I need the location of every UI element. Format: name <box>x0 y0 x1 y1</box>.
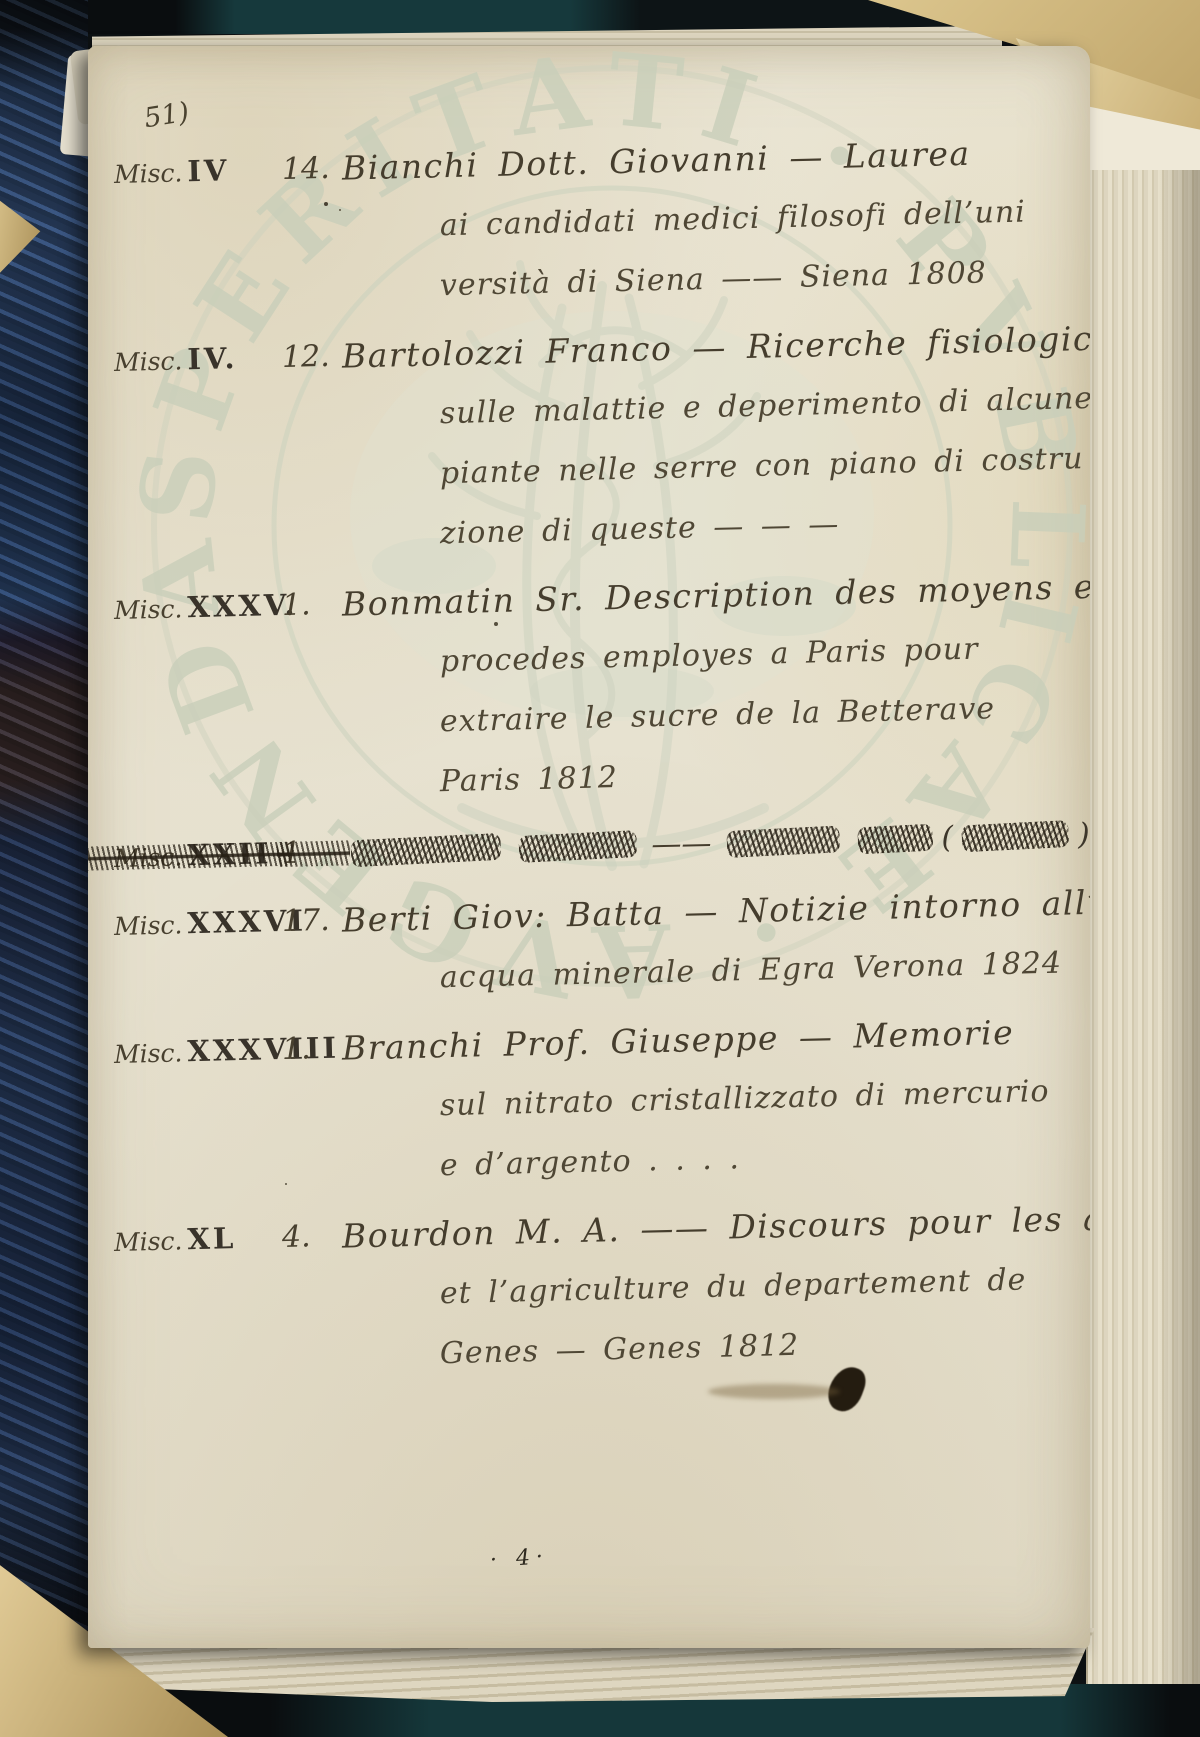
entry-volume: Misc.XXII <box>88 836 282 875</box>
manuscript-page: SPERITATI · PVBLICAE · AVGENDA · PRO 51)… <box>88 46 1090 1648</box>
page-number: 51) <box>142 93 216 135</box>
crossed-out-scribble <box>961 820 1069 852</box>
entry-volume-roman: IV <box>187 153 230 188</box>
catalog-entry: Misc.XXXVIII 1. Branchi Prof. Giuseppe —… <box>88 1023 1090 1203</box>
catalog-entry: Misc.XXXVI 17. Berti Giov: Batta — Notiz… <box>88 895 1090 1015</box>
catalog-entries: Misc.IV 14. Bianchi Dott. Giovanni — Lau… <box>88 143 1090 1391</box>
entry-volume: Misc.IV. <box>88 340 282 379</box>
entry-item-number: 17. <box>282 902 343 938</box>
footer-ink-mark: · 4· <box>489 1544 550 1573</box>
catalog-entry: Misc.XXXV. 1. Bonmatin Sr. Description d… <box>88 579 1090 819</box>
entry-item-number: 12. <box>282 338 343 374</box>
entry-volume-roman: IV. <box>187 341 238 376</box>
entry-volume-roman: XXII <box>187 836 272 872</box>
entry-volume: Misc.XL <box>88 1220 282 1259</box>
entry-item-number: 14. <box>282 150 343 186</box>
entry-item-number: 1 <box>282 834 343 870</box>
catalog-entry: Misc.IV 14. Bianchi Dott. Giovanni — Lau… <box>88 143 1090 323</box>
entry-title-text: Bianchi Dott. Giovanni — Laurea <box>341 133 971 187</box>
crossed-out-scribble <box>350 832 501 866</box>
entry-volume: Misc.XXXVIII <box>88 1032 282 1071</box>
entry-title-text: Branchi Prof. Giuseppe — Memorie <box>341 1012 1014 1067</box>
crossed-out-scribble <box>726 825 841 858</box>
crossed-out-scribble <box>518 830 637 863</box>
ink-smudge <box>708 1384 840 1399</box>
entry-volume-roman: XL <box>187 1221 237 1256</box>
crossed-out-scribble <box>857 823 933 854</box>
entry-item-number: 4. <box>282 1218 343 1254</box>
ink-speck <box>324 202 328 206</box>
manuscript-book-photo: SPERITATI · PVBLICAE · AVGENDA · PRO 51)… <box>0 0 1200 1737</box>
entry-title-text: Bourdon M. A. —— Discours pour les arts <box>341 1197 1090 1255</box>
catalog-entry: Misc.XL 4. Bourdon M. A. —— Discours pou… <box>88 1211 1090 1391</box>
crossed-out-visible-token: ) <box>1078 816 1090 851</box>
entry-volume: Misc.IV <box>88 152 282 191</box>
marbled-binding-left <box>0 0 88 1737</box>
entry-item-number: 1. <box>282 1030 343 1066</box>
entry-volume: Misc.XXXV. <box>88 588 282 627</box>
entry-title-text: Bartolozzi Franco — Ricerche fisiologich… <box>341 317 1090 375</box>
crossed-out-visible-token: ( <box>941 820 954 855</box>
entry-volume: Misc.XXXVI <box>88 904 282 943</box>
entry-title-text: Berti Giov: Batta — Notizie intorno all’ <box>341 882 1090 939</box>
entry-title-text: Bonmatin Sr. Description des moyens et <box>341 566 1090 623</box>
page-edges-right <box>1086 30 1200 1696</box>
catalog-entry: Misc.IV. 12. Bartolozzi Franco — Ricerch… <box>88 331 1090 571</box>
entry-item-number: 1. <box>282 586 343 622</box>
crossed-out-visible-token: —— <box>651 825 712 861</box>
